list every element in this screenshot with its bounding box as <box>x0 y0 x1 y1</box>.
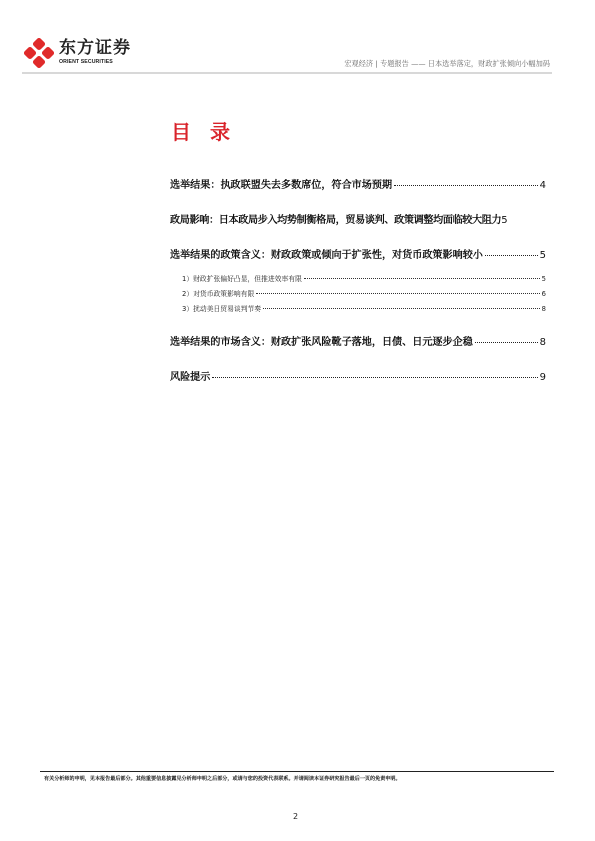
toc-page-number: 5 <box>542 275 546 283</box>
page-header: 东方证券 ORIENT SECURITIES 宏观经济 | 专题报告 —— 日本… <box>0 0 595 80</box>
toc-page-number: 5 <box>540 250 546 261</box>
toc-page-number: 8 <box>542 305 546 313</box>
toc-dot-leader <box>304 278 540 279</box>
toc-entry[interactable]: 选举结果：执政联盟失去多数席位，符合市场预期 4 <box>170 176 546 191</box>
company-logo: 东方证券 ORIENT SECURITIES <box>24 38 131 68</box>
logo-name-en: ORIENT SECURITIES <box>59 60 131 65</box>
footer-disclaimer: 有关分析师的申明，见本报告最后部分。其他重要信息披露见分析师申明之后部分，或请与… <box>44 775 401 782</box>
toc-entry[interactable]: 选举结果的政策含义：财政政策或倾向于扩张性，对货币政策影响较小 5 <box>170 246 546 261</box>
toc-entry[interactable]: 风险提示 9 <box>170 368 546 383</box>
toc-entry-text: 2）对货币政策影响有限 <box>182 288 254 298</box>
toc-entry[interactable]: 选举结果的市场含义：财政扩张风险靴子落地，日债、日元逐步企稳 8 <box>170 333 546 348</box>
orient-securities-logo-icon <box>24 38 54 68</box>
header-divider <box>22 72 552 74</box>
toc-page-number: 9 <box>540 372 546 383</box>
toc-page-number: 6 <box>542 290 546 298</box>
toc-dot-leader <box>256 293 539 294</box>
toc-subentry[interactable]: 1）财政扩张偏好凸显，但推进效率有限 5 <box>182 273 546 283</box>
toc-entry-text: 1）财政扩张偏好凸显，但推进效率有限 <box>182 273 302 283</box>
report-type-title: 宏观经济 | 专题报告 —— 日本选举落定，财政扩张倾向小幅加码 <box>344 59 550 69</box>
toc-entry-text: 选举结果的市场含义：财政扩张风险靴子落地，日债、日元逐步企稳 <box>170 333 473 348</box>
toc-dot-leader <box>394 185 538 186</box>
toc-entry-text: 选举结果：执政联盟失去多数席位，符合市场预期 <box>170 176 392 191</box>
toc-entry-text: 政局影响：日本政局步入均势制衡格局，贸易谈判、政策调整均面临较大阻力 <box>170 211 501 226</box>
toc-page-number: 5 <box>501 215 507 226</box>
logo-wordmark: 东方证券 ORIENT SECURITIES <box>59 40 131 65</box>
toc-entry-text: 3）扰动美日贸易谈判节奏 <box>182 303 261 313</box>
toc-subentry[interactable]: 2）对货币政策影响有限 6 <box>182 288 546 298</box>
toc-dot-leader <box>212 377 537 378</box>
toc-dot-leader <box>263 308 540 309</box>
toc-entry[interactable]: 政局影响：日本政局步入均势制衡格局，贸易谈判、政策调整均面临较大阻力 5 <box>170 211 546 226</box>
toc-title: 目 录 <box>171 116 236 145</box>
toc-dot-leader <box>485 255 538 256</box>
toc-page-number: 8 <box>540 337 546 348</box>
toc-entry-text: 风险提示 <box>170 368 210 383</box>
logo-name-cn: 东方证券 <box>59 40 131 57</box>
toc-dot-leader <box>475 342 538 343</box>
footer-divider <box>40 771 554 772</box>
page-number: 2 <box>293 812 298 821</box>
toc-page-number: 4 <box>540 180 546 191</box>
toc-entry-text: 选举结果的政策含义：财政政策或倾向于扩张性，对货币政策影响较小 <box>170 246 483 261</box>
toc-subentry[interactable]: 3）扰动美日贸易谈判节奏 8 <box>182 303 546 313</box>
